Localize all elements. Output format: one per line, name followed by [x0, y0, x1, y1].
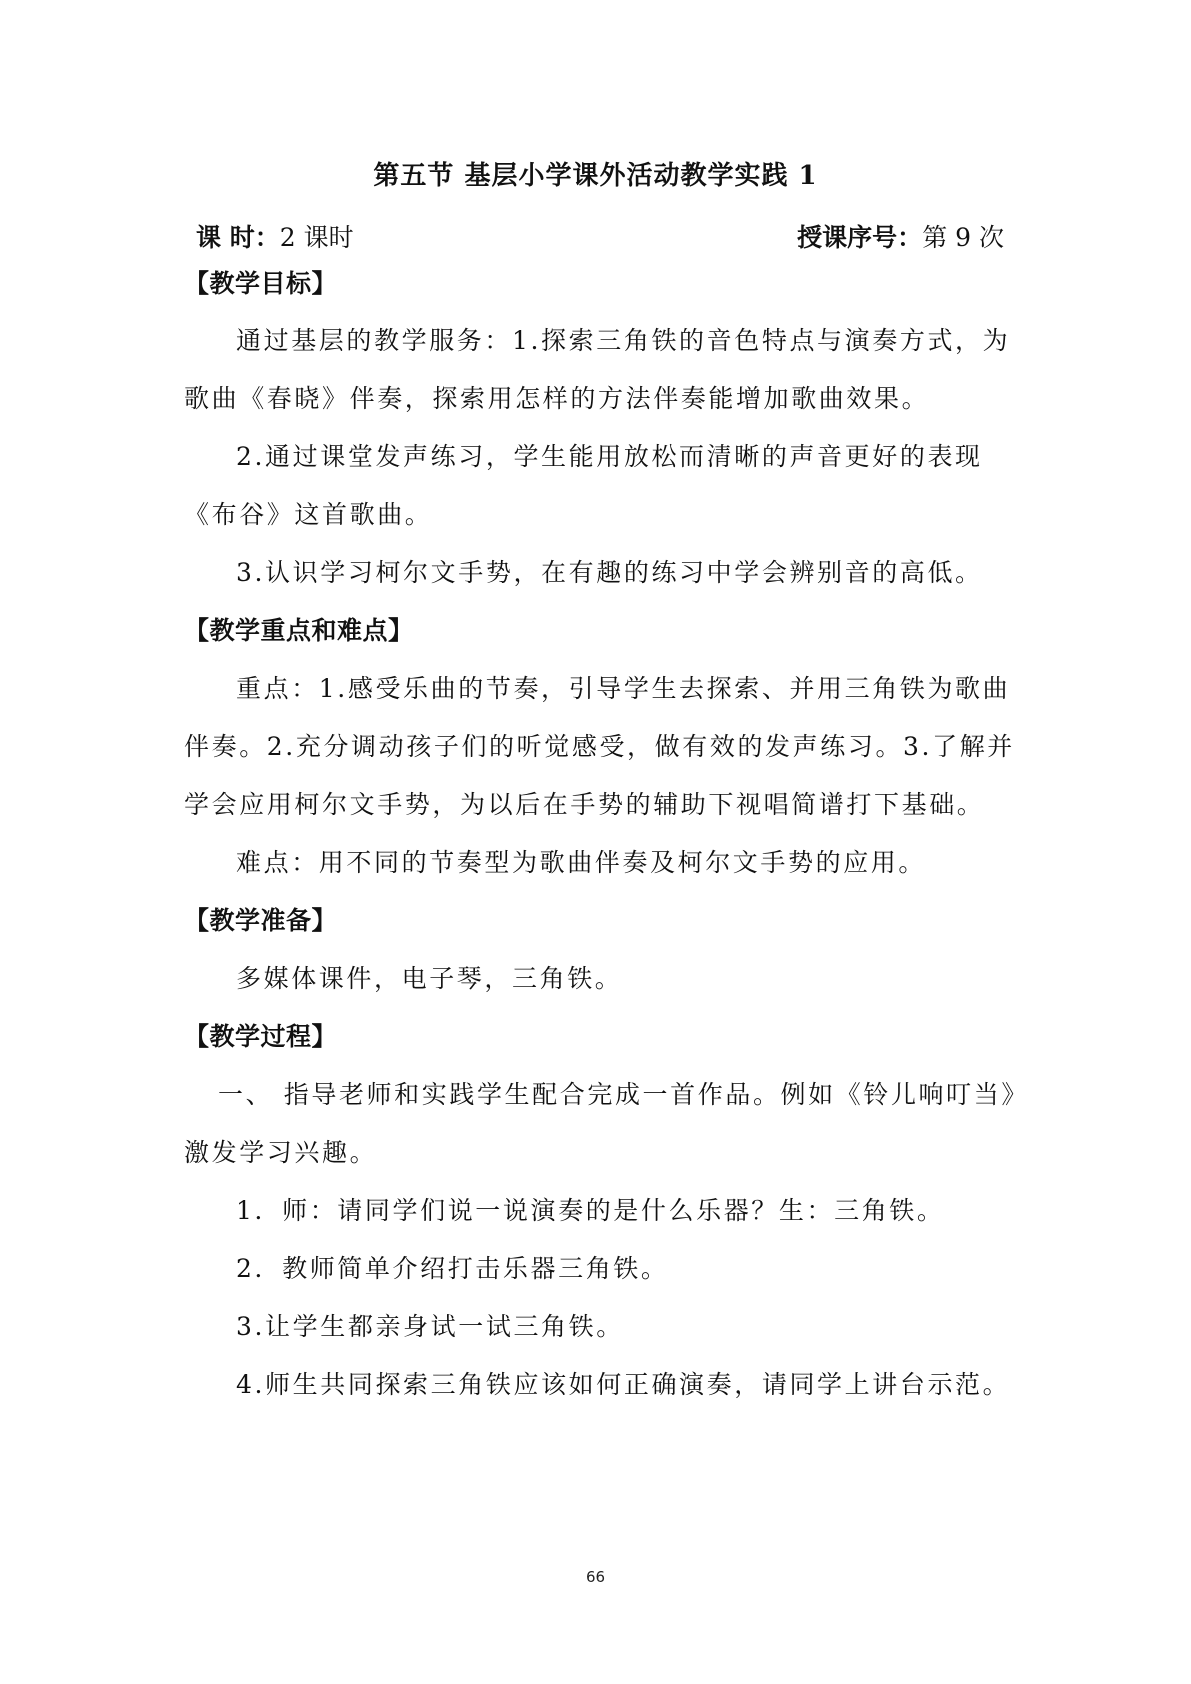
paragraph-line: 一、 指导老师和实践学生配合完成一首作品。例如《铃儿响叮当》 [218, 1077, 1048, 1113]
paragraph-line: 《布谷》这首歌曲。 [184, 497, 1014, 533]
paragraph-line: 通过基层的教学服务：1.探索三角铁的音色特点与演奏方式，为 [236, 323, 1066, 359]
lesson-number-label: 授课序号： [797, 223, 922, 252]
paragraph-line: 激发学习兴趣。 [184, 1135, 1014, 1171]
paragraph-line: 重点：1.感受乐曲的节奏，引导学生去探索、并用三角铁为歌曲 [236, 671, 1066, 707]
page-number: 66 [0, 1568, 1191, 1586]
section-heading-process: 【教学过程】 [184, 1019, 1014, 1055]
section-heading-objectives: 【教学目标】 [184, 266, 1014, 302]
paragraph-line: 多媒体课件，电子琴，三角铁。 [236, 961, 1066, 997]
document-page: 第五节 基层小学课外活动教学实践 1 课 时：2 课时 授课序号：第 9 次 【… [0, 0, 1191, 1684]
paragraph-line: 4.师生共同探索三角铁应该如何正确演奏，请同学上讲台示范。 [236, 1367, 1066, 1403]
section-heading-key-points: 【教学重点和难点】 [184, 613, 1014, 649]
paragraph-line: 学会应用柯尔文手势，为以后在手势的辅助下视唱简谱打下基础。 [184, 787, 1014, 823]
paragraph-line: 3.认识学习柯尔文手势，在有趣的练习中学会辨别音的高低。 [236, 555, 1066, 591]
lesson-number: 授课序号：第 9 次 [797, 220, 1004, 256]
paragraph-line: 伴奏。2.充分调动孩子们的听觉感受，做有效的发声练习。3.了解并 [184, 729, 1014, 765]
section-heading-preparation: 【教学准备】 [184, 903, 1014, 939]
paragraph-line: 3.让学生都亲身试一试三角铁。 [236, 1309, 1066, 1345]
paragraph-line: 1．师：请同学们说一说演奏的是什么乐器？生：三角铁。 [236, 1193, 1066, 1229]
paragraph-line: 2．教师简单介绍打击乐器三角铁。 [236, 1251, 1066, 1287]
page-title: 第五节 基层小学课外活动教学实践 1 [0, 158, 1191, 194]
class-hours-value: 2 课时 [280, 223, 354, 252]
lesson-meta-row: 课 时：2 课时 授课序号：第 9 次 [196, 220, 1004, 256]
class-hours: 课 时：2 课时 [196, 220, 354, 256]
paragraph-line: 歌曲《春晓》伴奏，探索用怎样的方法伴奏能增加歌曲效果。 [184, 381, 1014, 417]
lesson-number-value: 第 9 次 [922, 223, 1004, 252]
paragraph-line: 难点：用不同的节奏型为歌曲伴奏及柯尔文手势的应用。 [236, 845, 1066, 881]
paragraph-line: 2.通过课堂发声练习，学生能用放松而清晰的声音更好的表现 [236, 439, 1066, 475]
class-hours-label: 课 时： [196, 223, 280, 252]
